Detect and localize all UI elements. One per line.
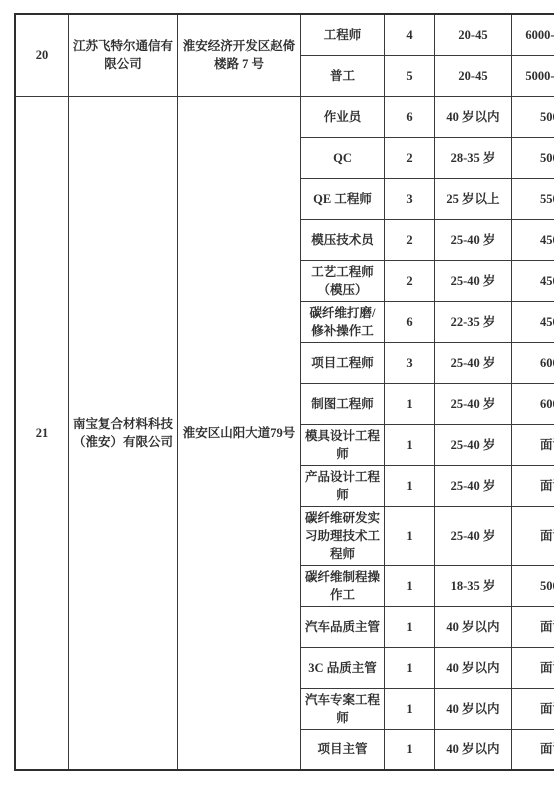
salary-cell: 4500	[512, 260, 554, 301]
openings-cell: 5	[385, 55, 435, 96]
salary-cell: 4500	[512, 219, 554, 260]
job-row: 20 江苏飞特尔通信有 限公司 淮安经济开发区赵倚 楼路 7 号 工程师 4 2…	[15, 14, 554, 55]
age-cell: 25-40 岁	[435, 342, 512, 383]
openings-cell: 1	[385, 465, 435, 506]
job-title-cell: 工艺工程师 （模压）	[301, 260, 385, 301]
openings-cell: 1	[385, 688, 435, 729]
age-cell: 28-35 岁	[435, 137, 512, 178]
age-cell: 40 岁以内	[435, 688, 512, 729]
age-cell: 25-40 岁	[435, 424, 512, 465]
job-title-cell: 汽车专案工程 师	[301, 688, 385, 729]
openings-cell: 1	[385, 565, 435, 606]
salary-cell: 5000	[512, 96, 554, 137]
openings-cell: 6	[385, 301, 435, 342]
job-title-cell: 作业员	[301, 96, 385, 137]
salary-cell: 面议	[512, 506, 554, 565]
age-cell: 25-40 岁	[435, 383, 512, 424]
salary-cell: 面议	[512, 606, 554, 647]
age-cell: 25-40 岁	[435, 506, 512, 565]
job-title-cell: 3C 品质主管	[301, 647, 385, 688]
openings-cell: 4	[385, 14, 435, 55]
openings-cell: 2	[385, 137, 435, 178]
salary-cell: 面议	[512, 729, 554, 770]
job-title-cell: 碳纤维打磨/ 修补操作工	[301, 301, 385, 342]
age-cell: 25-40 岁	[435, 465, 512, 506]
age-cell: 40 岁以内	[435, 647, 512, 688]
age-cell: 25-40 岁	[435, 219, 512, 260]
salary-cell: 5000	[512, 137, 554, 178]
age-cell: 25-40 岁	[435, 260, 512, 301]
openings-cell: 1	[385, 506, 435, 565]
address-cell: 淮安区山阳大道79号	[178, 96, 301, 770]
openings-cell: 3	[385, 178, 435, 219]
job-title-cell: 普工	[301, 55, 385, 96]
address-cell: 淮安经济开发区赵倚 楼路 7 号	[178, 14, 301, 96]
openings-cell: 6	[385, 96, 435, 137]
salary-cell: 6000	[512, 383, 554, 424]
document-page: 20 江苏飞特尔通信有 限公司 淮安经济开发区赵倚 楼路 7 号 工程师 4 2…	[0, 0, 554, 789]
job-title-cell: QC	[301, 137, 385, 178]
age-cell: 25 岁以上	[435, 178, 512, 219]
job-title-cell: 产品设计工程 师	[301, 465, 385, 506]
salary-cell: 5500	[512, 178, 554, 219]
salary-cell: 面议	[512, 647, 554, 688]
salary-cell: 5000-6000	[512, 55, 554, 96]
age-cell: 40 岁以内	[435, 606, 512, 647]
age-cell: 40 岁以内	[435, 729, 512, 770]
row-number-cell: 21	[15, 96, 69, 770]
job-title-cell: 制图工程师	[301, 383, 385, 424]
openings-cell: 2	[385, 219, 435, 260]
openings-cell: 2	[385, 260, 435, 301]
job-title-cell: 工程师	[301, 14, 385, 55]
openings-cell: 3	[385, 342, 435, 383]
job-title-cell: QE 工程师	[301, 178, 385, 219]
salary-cell: 6000-8000	[512, 14, 554, 55]
age-cell: 22-35 岁	[435, 301, 512, 342]
job-row: 21 南宝复合材料科技 （淮安）有限公司 淮安区山阳大道79号 作业员 6 40…	[15, 96, 554, 137]
salary-cell: 面议	[512, 424, 554, 465]
job-title-cell: 项目工程师	[301, 342, 385, 383]
salary-cell: 5000	[512, 565, 554, 606]
openings-cell: 1	[385, 383, 435, 424]
openings-cell: 1	[385, 424, 435, 465]
job-title-cell: 汽车品质主管	[301, 606, 385, 647]
company-cell: 江苏飞特尔通信有 限公司	[69, 14, 178, 96]
age-cell: 40 岁以内	[435, 96, 512, 137]
job-listings-table: 20 江苏飞特尔通信有 限公司 淮安经济开发区赵倚 楼路 7 号 工程师 4 2…	[14, 13, 554, 771]
openings-cell: 1	[385, 729, 435, 770]
age-cell: 18-35 岁	[435, 565, 512, 606]
age-cell: 20-45	[435, 55, 512, 96]
job-title-cell: 模具设计工程 师	[301, 424, 385, 465]
job-title-cell: 模压技术员	[301, 219, 385, 260]
salary-cell: 面议	[512, 688, 554, 729]
openings-cell: 1	[385, 647, 435, 688]
job-title-cell: 碳纤维研发实 习助理技术工 程师	[301, 506, 385, 565]
salary-cell: 面议	[512, 465, 554, 506]
job-title-cell: 项目主管	[301, 729, 385, 770]
company-cell: 南宝复合材料科技 （淮安）有限公司	[69, 96, 178, 770]
salary-cell: 4500	[512, 301, 554, 342]
openings-cell: 1	[385, 606, 435, 647]
salary-cell: 6000	[512, 342, 554, 383]
row-number-cell: 20	[15, 14, 69, 96]
job-title-cell: 碳纤维制程操 作工	[301, 565, 385, 606]
age-cell: 20-45	[435, 14, 512, 55]
